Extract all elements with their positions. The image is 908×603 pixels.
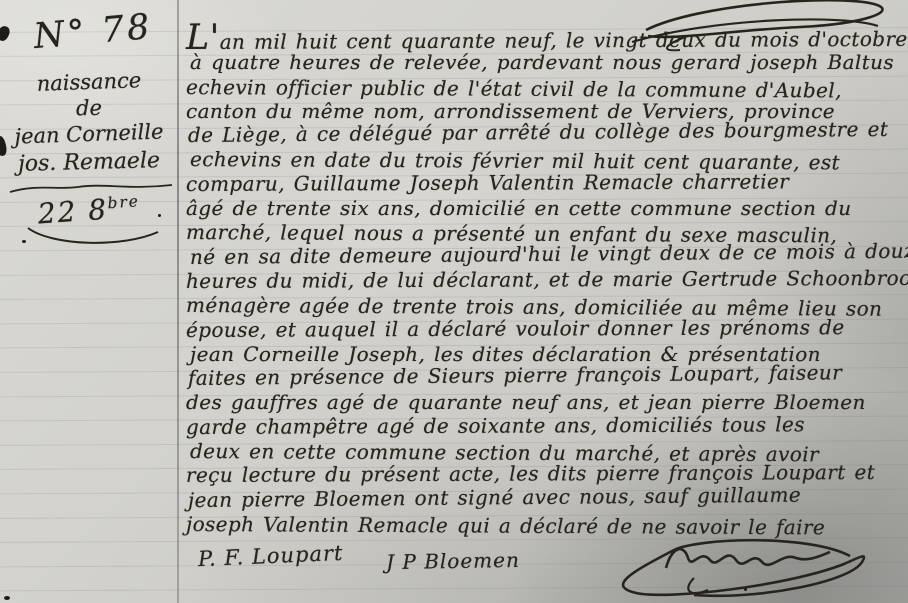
handwritten-line: comparu, Guillaume Joseph Valentin Remac… [186,169,908,196]
handwritten-line: joseph Valentin Remacle qui a déclaré de… [186,512,908,540]
handwritten-line: echevin officier public de l'état civil … [186,75,908,103]
margin-date-underline-flourish [22,224,162,250]
witness-signature-bloemen: J P Bloemen [386,548,520,574]
handwritten-line: garde champêtre agé de soixante ans, dom… [186,412,908,439]
handwritten-line: des gauffres agé de quarante neuf ans, e… [186,390,908,414]
ink-speck [158,214,161,217]
ink-speck [4,596,10,600]
scanned-register-page: N° 78 naissance de jean Corneille jos. R… [0,0,908,603]
handwritten-line: de Liège, à ce délégué par arrêté du col… [188,117,908,148]
handwritten-line: épouse, et auquel il a déclaré vouloir d… [186,314,908,341]
margin-date-suffix: bre [107,192,141,212]
ink-speck [744,588,747,591]
handwritten-line: à quatre heures de relevée, pardevant no… [190,50,908,74]
margin-annotation-line: jos. Remaele [0,148,178,178]
ink-speck [22,240,26,243]
handwritten-line: âgé de trente six ans, domicilié en cett… [186,196,908,220]
officer-signature-flourish [598,538,903,602]
handwritten-line: L'an mil huit cent quarante neuf, le vin… [186,23,908,50]
handwritten-line: heures du midi, de lui déclarant, et de … [186,266,908,293]
act-body-text: L'an mil huit cent quarante neuf, le vin… [186,26,908,536]
margin-annotation-line: de [0,94,178,121]
handwritten-line: faites en présence de Sieurs pierre fran… [188,360,908,391]
